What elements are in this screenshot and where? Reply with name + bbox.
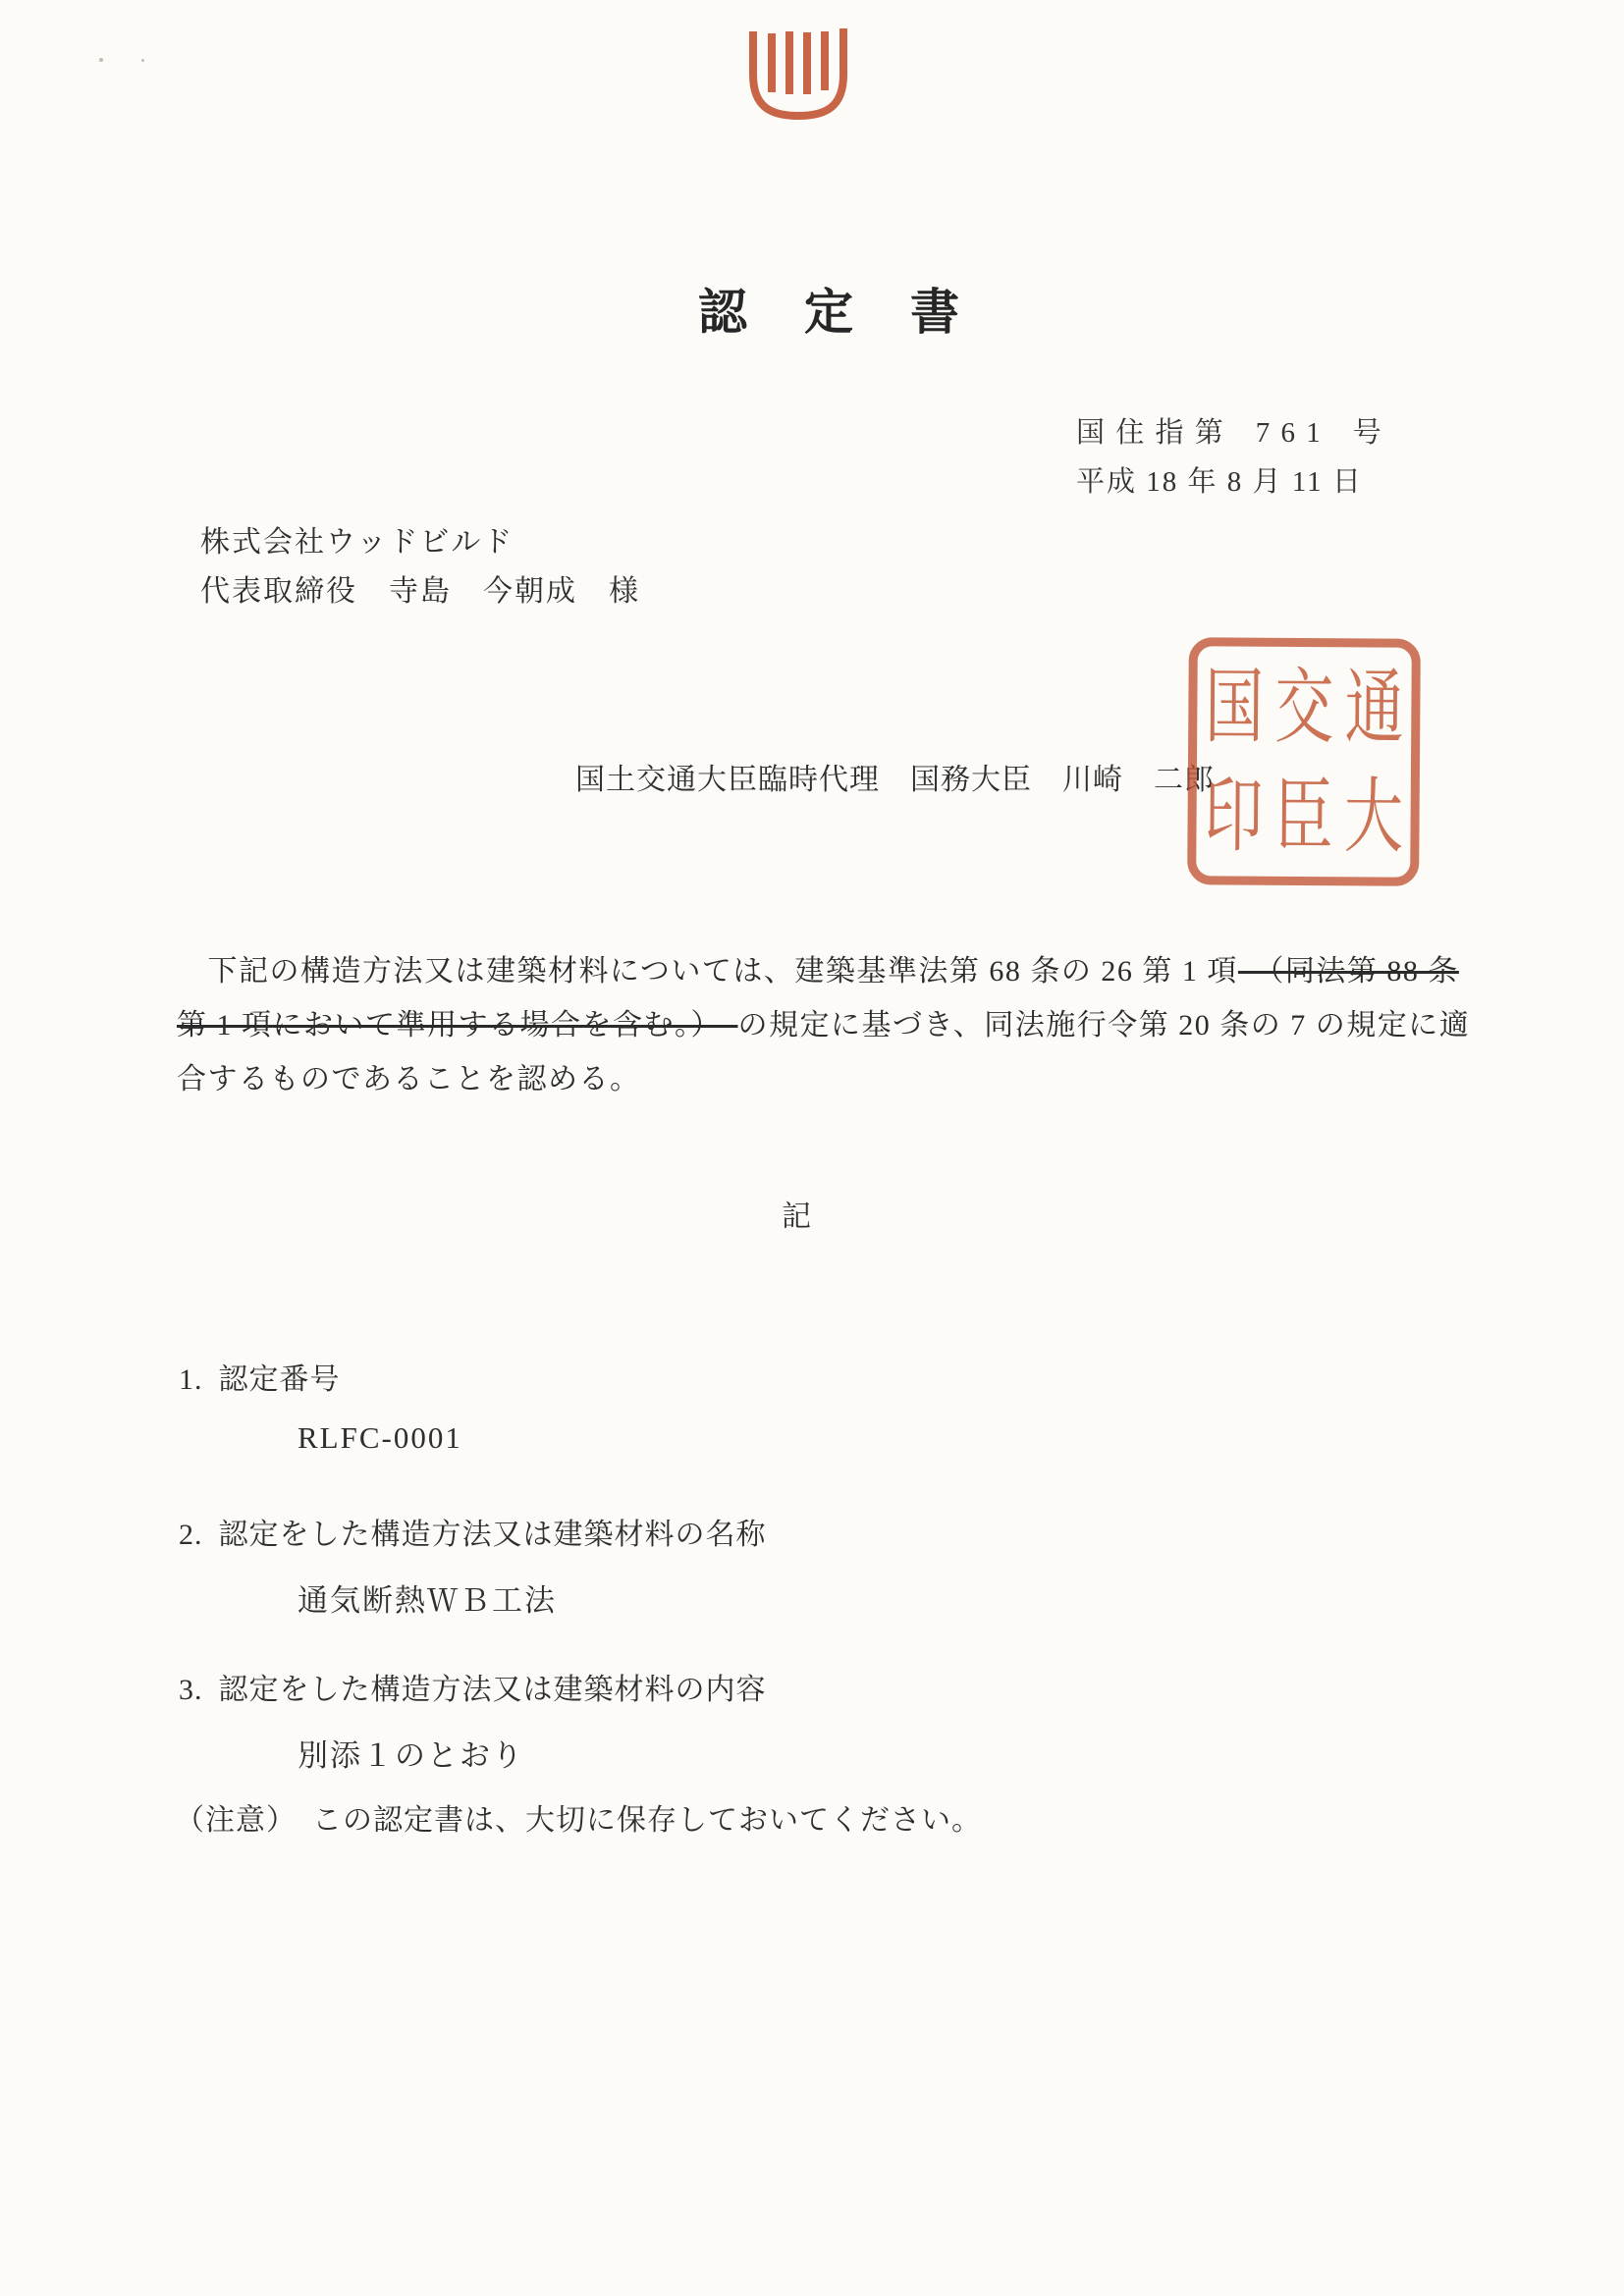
seal-character: 大 [1338,740,1409,893]
item-label: 認定番号 [219,1363,341,1396]
body-text: 合するものであることを認める。 [177,1063,641,1095]
strikethrough-text: （同法第 88 条 [1238,955,1459,988]
item-number: 1. [179,1363,203,1397]
reference-number: 国 住 指 第 7 6 1 号 [1076,408,1410,457]
certificate-page: 認定書 国 住 指 第 7 6 1 号 平成 18 年 8 月 11 日 株式会… [0,0,1624,2296]
caution-note: （注意） この認定書は、大切に保存しておいてください。 [175,1795,982,1839]
minister-seal-stamp: 国 交 通 印 臣 大 [1187,637,1421,886]
strikethrough-text: 第 1 項において準用する場合を含む。） [177,1009,738,1041]
body-paragraph-line-1: 下記の構造方法又は建築材料については、建築基準法第 68 条の 26 第 1 項… [177,946,1459,989]
recipient-person: 代表取締役 寺島 今朝成 様 [200,566,640,610]
scan-speck [99,58,103,62]
item-1-label-row: 1.認定番号 [179,1355,341,1398]
ministry-emblem-logo [744,26,852,122]
body-paragraph-line-3: 合するものであることを認める。 [177,1054,641,1097]
body-text: の規定に基づき、同法施行令第 20 条の 7 の規定に適 [738,1009,1471,1041]
item-label: 認定をした構造方法又は建築材料の名称 [219,1519,767,1551]
body-paragraph-line-2: 第 1 項において準用する場合を含む。） の規定に基づき、同法施行令第 20 条… [177,1000,1470,1043]
item-3-label-row: 3.認定をした構造方法又は建築材料の内容 [179,1665,767,1708]
page-title: 認定書 [0,273,1624,344]
header-ref-block: 国 住 指 第 7 6 1 号 平成 18 年 8 月 11 日 [1076,408,1410,507]
recipient-company: 株式会社ウッドビルド [200,517,514,561]
seal-character: 臣 [1268,740,1338,893]
item-2-label-row: 2.認定をした構造方法又は建築材料の名称 [179,1510,767,1553]
issuer-line: 国土交通大臣臨時代理 国務大臣 川崎 二郎 [575,755,1215,798]
issue-date: 平成 18 年 8 月 11 日 [1076,457,1410,507]
item-label: 認定をした構造方法又は建築材料の内容 [219,1674,767,1706]
scan-speck [141,59,144,62]
item-number: 3. [179,1674,203,1707]
item-3-value: 別添１のとおり [298,1731,524,1775]
section-marker-ki: 記 [0,1192,1595,1235]
item-2-value: 通気断熱ＷＢ工法 [298,1575,557,1620]
body-text: 下記の構造方法又は建築材料については、建築基準法第 68 条の 26 第 1 項 [177,955,1238,988]
item-number: 2. [179,1519,203,1552]
item-1-value: RLFC-0001 [298,1420,462,1456]
seal-character: 印 [1198,739,1269,892]
